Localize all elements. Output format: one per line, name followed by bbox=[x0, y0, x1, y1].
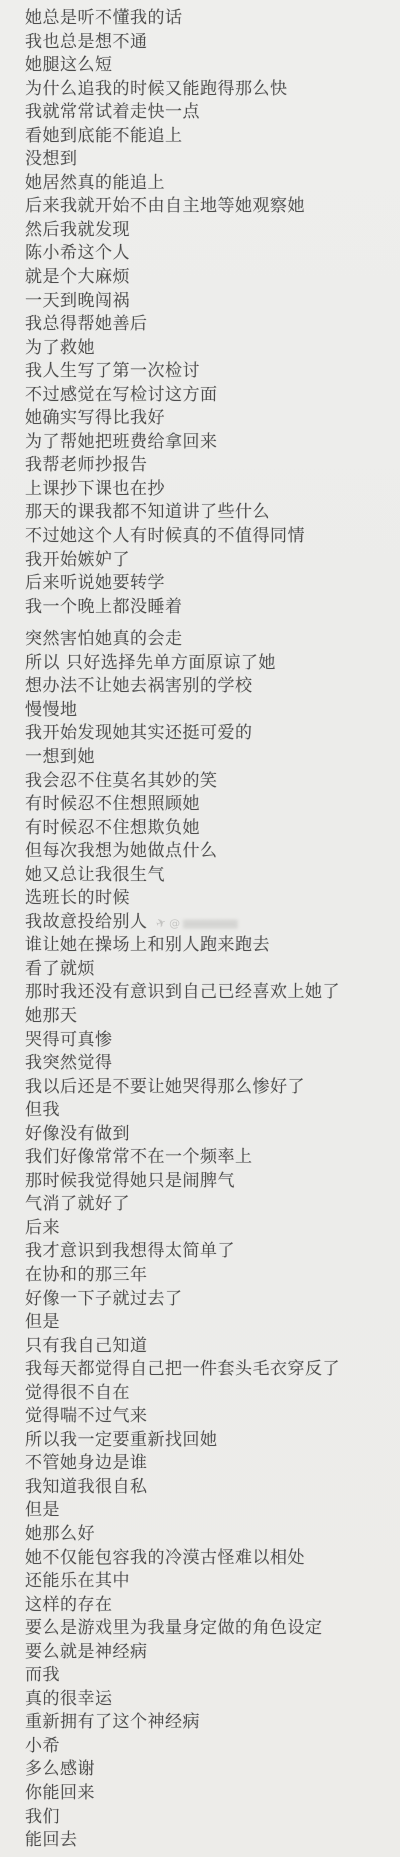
poem-line: 为什么追我的时候又能跑得那么快 bbox=[25, 78, 390, 102]
poem-line: 她又总让我很生气 bbox=[25, 864, 390, 888]
poem-line: 但每次我想为她做点什么 bbox=[25, 840, 390, 864]
poem-line: 我总得帮她善后 bbox=[25, 313, 390, 337]
poem-line: 她不仅能包容我的冷漠古怪难以相处 bbox=[25, 1547, 390, 1571]
poem-line: 就是个大麻烦 bbox=[25, 266, 390, 290]
poem-line: 但是 bbox=[25, 1499, 390, 1523]
poem-line: 为了帮她把班费给拿回来 bbox=[25, 431, 390, 455]
poem-line: 好像没有做到 bbox=[25, 1123, 390, 1147]
poem-line: 后来 bbox=[25, 1217, 390, 1241]
poem-line: 不过她这个人有时候真的不值得同情 bbox=[25, 525, 390, 549]
poem-line: 好像一下子就过去了 bbox=[25, 1288, 390, 1312]
poem-line: 要么就是神经病 bbox=[25, 1641, 390, 1665]
poem-line: 气消了就好了 bbox=[25, 1193, 390, 1217]
poem-line: 陈小希这个人 bbox=[25, 242, 390, 266]
poem-line: 看她到底能不能追上 bbox=[25, 125, 390, 149]
poem-line: 但我 bbox=[25, 1099, 390, 1123]
poem-line: 重新拥有了这个神经病 bbox=[25, 1711, 390, 1735]
poem-line: 她确实写得比我好 bbox=[25, 407, 390, 431]
poem-line: 我开始嫉妒了 bbox=[25, 549, 390, 573]
poem-line: 我就常常试着走快一点 bbox=[25, 101, 390, 125]
poem-paragraph: 突然害怕她真的会走所以 只好选择先单方面原谅了她想办法不让她去祸害别的学校慢慢地… bbox=[25, 628, 390, 1852]
poem-line: 不过感觉在写检讨这方面 bbox=[25, 384, 390, 408]
poem-line: 我开始发现她其实还挺可爱的 bbox=[25, 722, 390, 746]
poem-line: 为了救她 bbox=[25, 337, 390, 361]
poem-line: 只有我自己知道 bbox=[25, 1335, 390, 1359]
watermark-blurred-handle: ▆▆▆▆▆▆▆▆ bbox=[183, 918, 237, 929]
poem-line: 我也总是想不通 bbox=[25, 31, 390, 55]
poem-line: 我们 bbox=[25, 1806, 390, 1830]
poem-line: 有时候忍不住想照顾她 bbox=[25, 793, 390, 817]
watermark: ✈ @ ▆▆▆▆▆▆▆▆ bbox=[156, 916, 237, 930]
poem-line: 她总是听不懂我的话 bbox=[25, 7, 390, 31]
poem-line: 那天的课我都不知道讲了些什么 bbox=[25, 501, 390, 525]
poem-line: 她居然真的能追上 bbox=[25, 172, 390, 196]
poem-line: 我突然觉得 bbox=[25, 1052, 390, 1076]
poem-line: 而我 bbox=[25, 1664, 390, 1688]
poem-line: 要么是游戏里为我量身定做的角色设定 bbox=[25, 1617, 390, 1641]
poem-line: 不管她身边是谁 bbox=[25, 1452, 390, 1476]
poem-line: 慢慢地 bbox=[25, 699, 390, 723]
poem-line: 小希 bbox=[25, 1735, 390, 1759]
poem-line: 谁让她在操场上和别人跑来跑去 bbox=[25, 934, 390, 958]
poem-line: 有时候忍不住想欺负她 bbox=[25, 817, 390, 841]
poem-line: 觉得喘不过气来 bbox=[25, 1405, 390, 1429]
poem-line: 我们好像常常不在一个频率上 bbox=[25, 1146, 390, 1170]
poem-line: 她腿这么短 bbox=[25, 54, 390, 78]
poem-line: 后来我就开始不由自主地等她观察她 bbox=[25, 195, 390, 219]
poem-paragraph: 她总是听不懂我的话我也总是想不通她腿这么短为什么追我的时候又能跑得那么快我就常常… bbox=[25, 7, 390, 619]
poem-line: 突然害怕她真的会走 bbox=[25, 628, 390, 652]
poem-line: 这样的存在 bbox=[25, 1594, 390, 1618]
poem-line: 我以后还是不要让她哭得那么惨好了 bbox=[25, 1076, 390, 1100]
poem-line: 我帮老师抄报告 bbox=[25, 454, 390, 478]
poem-line: 所以 只好选择先单方面原谅了她 bbox=[25, 652, 390, 676]
poem-line: 一想到她 bbox=[25, 746, 390, 770]
poem-line: 在协和的那三年 bbox=[25, 1264, 390, 1288]
poem-line: 我一个晚上都没睡着 bbox=[25, 596, 390, 620]
poem-line: 后来听说她要转学 bbox=[25, 572, 390, 596]
poem-line: 觉得很不自在 bbox=[25, 1382, 390, 1406]
poem-line: 她那天 bbox=[25, 1005, 390, 1029]
poem-line: 所以我一定要重新找回她 bbox=[25, 1429, 390, 1453]
poem-line: 一天到晚闯祸 bbox=[25, 290, 390, 314]
poem-line: 我会忍不住莫名其妙的笑 bbox=[25, 770, 390, 794]
poem-line: 我才意识到我想得太简单了 bbox=[25, 1240, 390, 1264]
poem-line: 想办法不让她去祸害别的学校 bbox=[25, 675, 390, 699]
poem-line: 我知道我很自私 bbox=[25, 1476, 390, 1500]
poem-line: 还能乐在其中 bbox=[25, 1570, 390, 1594]
poem-line: 那时候我觉得她只是闹脾气 bbox=[25, 1170, 390, 1194]
poem-line: 没想到 bbox=[25, 148, 390, 172]
watermark-at: @ bbox=[169, 917, 180, 930]
poem-line: 能回去 bbox=[25, 1829, 390, 1853]
poem-line: 但是 bbox=[25, 1311, 390, 1335]
poem-line: 然后我就发现 bbox=[25, 219, 390, 243]
poem-line: 我每天都觉得自己把一件套头毛衣穿反了 bbox=[25, 1358, 390, 1382]
poem-line: 她那么好 bbox=[25, 1523, 390, 1547]
poem-line: 哭得可真惨 bbox=[25, 1029, 390, 1053]
poem-line: 真的很幸运 bbox=[25, 1688, 390, 1712]
poem-line: 多么感谢 bbox=[25, 1758, 390, 1782]
poem-line: 你能回来 bbox=[25, 1782, 390, 1806]
paper-plane-icon: ✈ bbox=[154, 915, 168, 932]
poem-line: 上课抄下课也在抄 bbox=[25, 478, 390, 502]
poem-line: 选班长的时候 bbox=[25, 887, 390, 911]
poem-line: 看了就烦 bbox=[25, 958, 390, 982]
poem-line: 那时我还没有意识到自己已经喜欢上她了 bbox=[25, 981, 390, 1005]
poem-line: 我人生写了第一次检讨 bbox=[25, 360, 390, 384]
